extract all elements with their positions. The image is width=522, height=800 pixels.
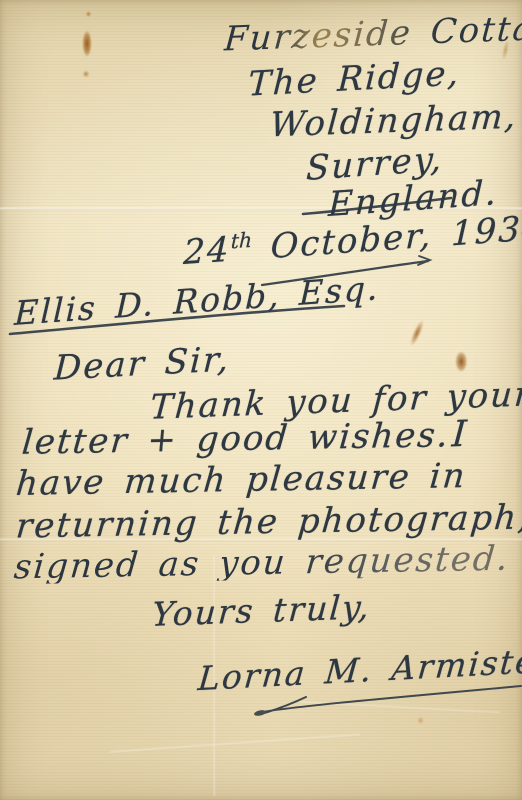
recipient-line: Ellis D. Robb, Esq.	[14, 271, 380, 330]
salutation-line: Dear Sir,	[53, 342, 231, 385]
body-line-4: returning the photograph,	[15, 500, 522, 543]
stain-top-left-small	[83, 70, 89, 78]
date-day: 24	[183, 230, 232, 273]
address-line-3: Woldingham,	[269, 100, 519, 143]
wrinkle-bottom-right	[300, 701, 500, 714]
body-line-2-pronoun: I	[451, 417, 470, 454]
body-line-2: letter + good wishes.	[21, 418, 452, 460]
date-underline-arrowhead	[418, 256, 430, 265]
address-line-2: The Ridge,	[247, 56, 461, 101]
signature-flourish-blob	[254, 709, 267, 717]
letter-page: Furzeside Cottage, The Ridge, Woldingham…	[0, 0, 522, 800]
stain-right-blob	[453, 346, 468, 372]
body-line-3: have much pleasure in	[15, 459, 468, 501]
wrinkle-bottom-left	[110, 733, 360, 753]
stain-right-streak	[405, 314, 430, 353]
body-line-5: signed as you requested.	[13, 542, 511, 585]
signature: Lorna M. Armistead	[197, 642, 522, 695]
date-ordinal: th	[230, 228, 252, 254]
stain-top-left-dot	[86, 11, 91, 17]
closing-line: Yours truly,	[151, 590, 372, 631]
stain-top-left-main	[81, 30, 93, 64]
stain-speck-bottom	[418, 716, 423, 725]
address-line-1: Furzeside Cottage,	[223, 9, 522, 56]
